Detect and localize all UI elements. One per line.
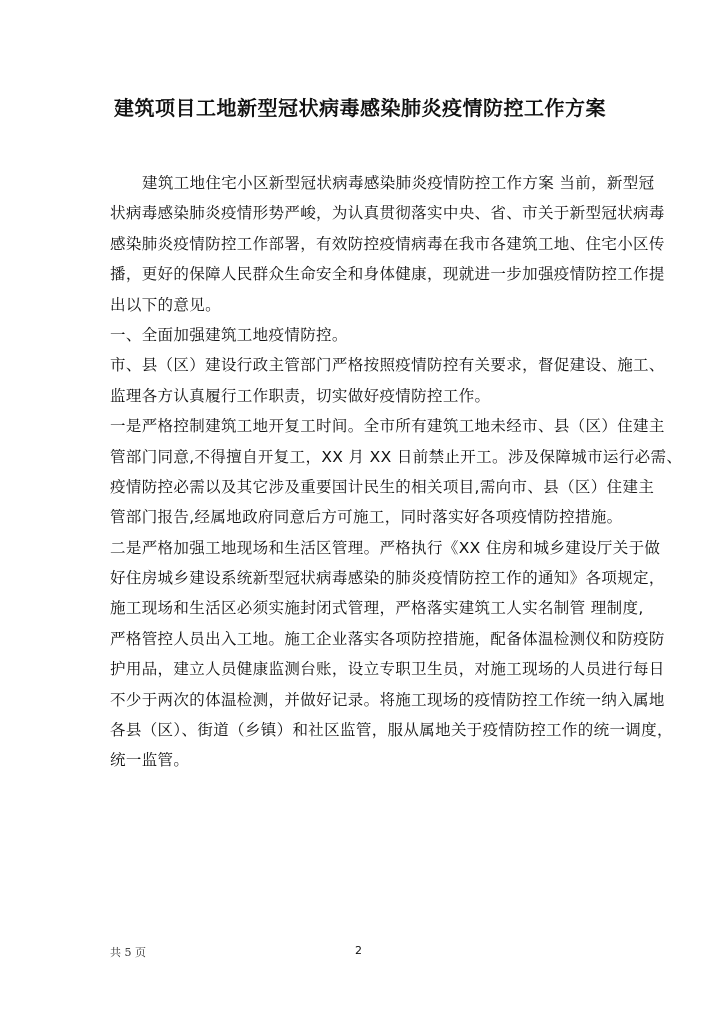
paragraph-line: 出以下的意见。 bbox=[110, 290, 615, 320]
paragraph-line: 不少于两次的体温检测，并做好记录。将施工现场的疫情防控工作统一纳入属地 bbox=[110, 685, 615, 715]
paragraph-line: 感染肺炎疫情防控工作部署，有效防控疫情病毒在我市各建筑工地、住宅小区传 bbox=[110, 229, 615, 259]
paragraph-line: 建筑工地住宅小区新型冠状病毒感染肺炎疫情防控工作方案 当前，新型冠 bbox=[110, 168, 615, 198]
paragraph-line: 监理各方认真履行工作职责，切实做好疫情防控工作。 bbox=[110, 381, 615, 411]
paragraph-line: 二是严格加强工地现场和生活区管理。严格执行《XX 住房和城乡建设厅关于做 bbox=[110, 533, 615, 563]
paragraph-line: 管部门同意,不得擅自开复工，XX 月 XX 日前禁止开工。涉及保障城市运行必需、 bbox=[110, 442, 615, 472]
paragraph-line: 施工现场和生活区必须实施封闭式管理，严格落实建筑工人实名制管 理制度, bbox=[110, 593, 615, 623]
total-pages-label: 共 5 页 bbox=[110, 944, 146, 960]
page-number: 2 bbox=[355, 944, 362, 957]
paragraph-line: 一是严格控制建筑工地开复工时间。全市所有建筑工地未经市、县（区）住建主 bbox=[110, 411, 615, 441]
paragraph-line: 统一监管。 bbox=[110, 745, 615, 775]
paragraph-line: 疫情防控必需以及其它涉及重要国计民生的相关项目,需向市、县（区）住建主 bbox=[110, 472, 615, 502]
paragraph-line: 播，更好的保障人民群众生命安全和身体健康，现就进一步加强疫情防控工作提 bbox=[110, 259, 615, 289]
section-heading: 一、全面加强建筑工地疫情防控。 bbox=[110, 320, 615, 350]
document-title: 建筑项目工地新型冠状病毒感染肺炎疫情防控工作方案 bbox=[0, 92, 720, 121]
paragraph-line: 护用品，建立人员健康监测台账，设立专职卫生员，对施工现场的人员进行每日 bbox=[110, 654, 615, 684]
paragraph-line: 市、县（区）建设行政主管部门严格按照疫情防控有关要求，督促建设、施工、 bbox=[110, 350, 615, 380]
paragraph-line: 严格管控人员出入工地。施工企业落实各项防控措施，配备体温检测仪和防疫防 bbox=[110, 624, 615, 654]
paragraph-line: 各县（区）、街道（乡镇）和社区监管，服从属地关于疫情防控工作的统一调度， bbox=[110, 715, 615, 745]
paragraph-line: 好住房城乡建设系统新型冠状病毒感染的肺炎疫情防控工作的通知》各项规定， bbox=[110, 563, 615, 593]
paragraph-line: 管部门报告,经属地政府同意后方可施工，同时落实好各项疫情防控措施。 bbox=[110, 502, 615, 532]
paragraph-line: 状病毒感染肺炎疫情形势严峻，为认真贯彻落实中央、省、市关于新型冠状病毒 bbox=[110, 198, 615, 228]
document-body: 建筑工地住宅小区新型冠状病毒感染肺炎疫情防控工作方案 当前，新型冠 状病毒感染肺… bbox=[110, 168, 615, 776]
